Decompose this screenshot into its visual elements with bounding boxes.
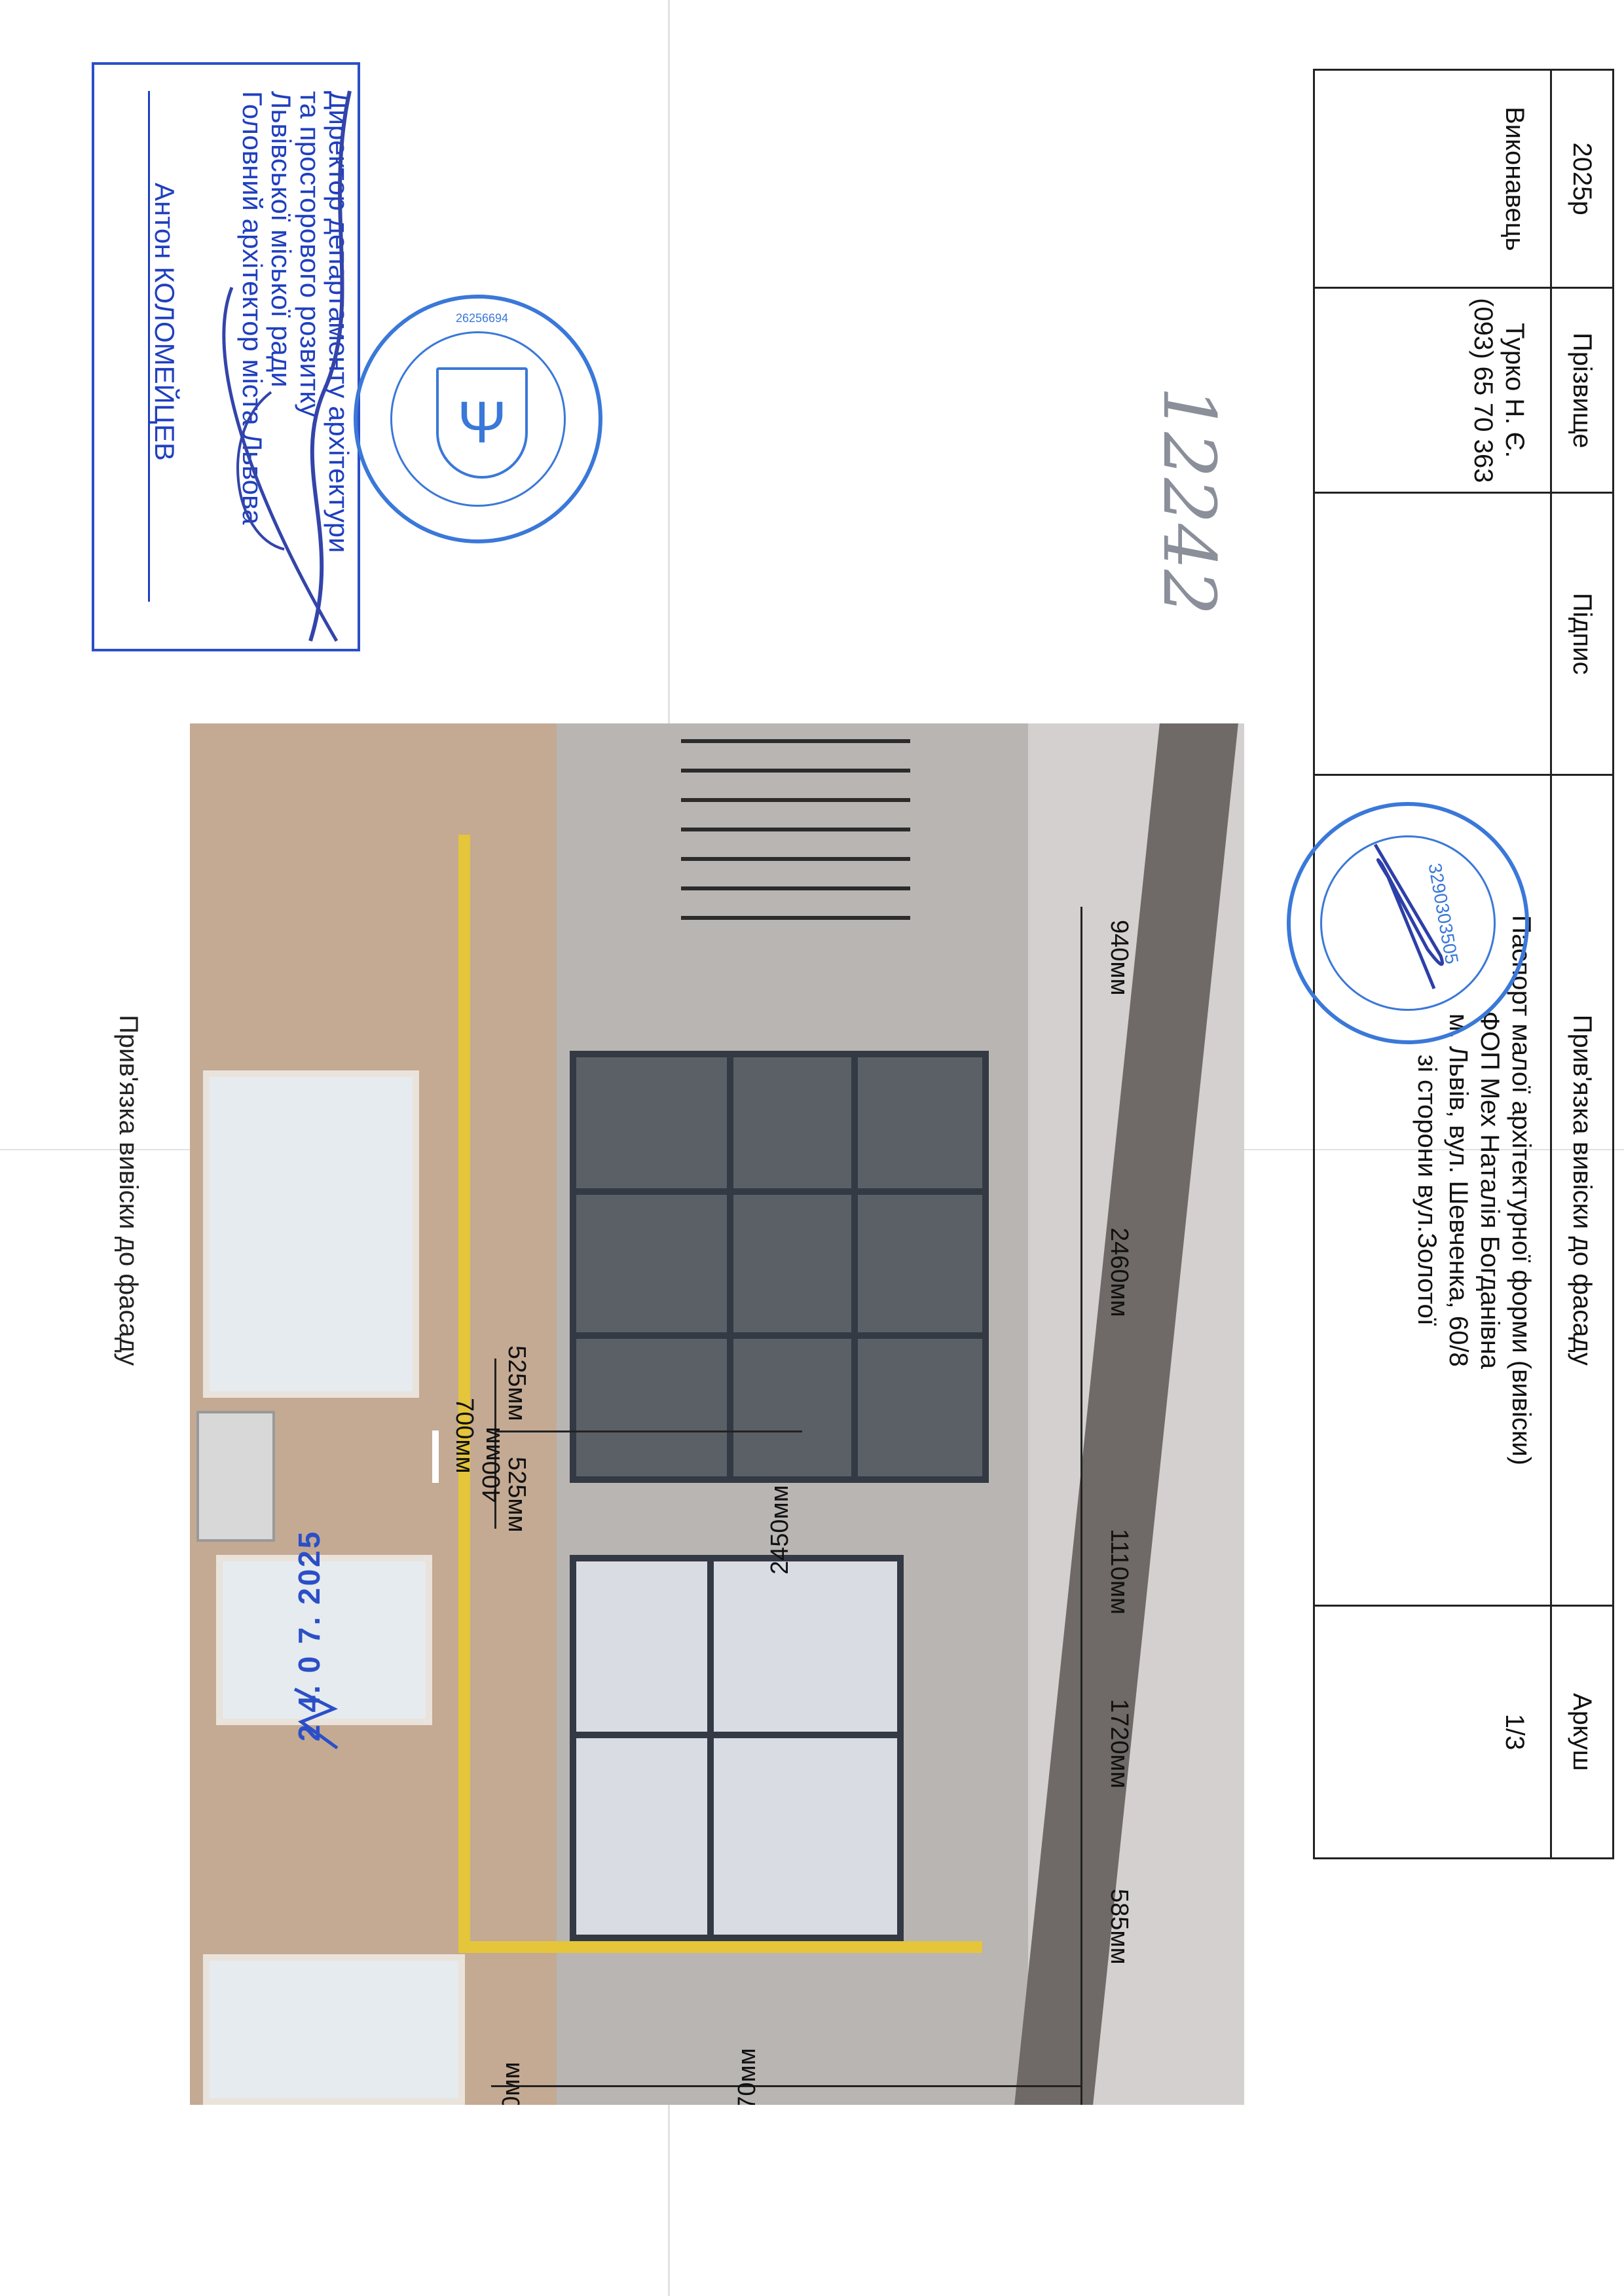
dim-525-bottom: 525мм	[502, 1457, 530, 1533]
signatory-name: Антон КОЛОМЕЙЦЕВ	[148, 91, 179, 602]
dim-700: 700мм	[450, 1398, 478, 1474]
shop-window	[570, 1555, 904, 1941]
dim-3170: 3170мм	[733, 2048, 762, 2105]
dim-400: 400мм	[478, 1427, 506, 1503]
year-cell: 2025р	[1551, 70, 1614, 288]
sheet-title-header: Прив'язка вивіски до фасаду	[1551, 774, 1614, 1605]
surname-cell: Турко Н. Є. (093) 65 70 363	[1314, 288, 1551, 493]
dim-525-top: 525мм	[502, 1345, 530, 1421]
department-stamp: Ψ 26256694	[354, 295, 602, 543]
surname-value: Турко Н. Є.	[1499, 289, 1530, 491]
trident-icon: Ψ	[436, 367, 528, 479]
ac-unit	[196, 1411, 275, 1542]
gas-pipe	[458, 1941, 982, 1953]
date-signature-icon	[288, 1676, 347, 1755]
window	[203, 1070, 419, 1398]
dept-stamp-code: 26256694	[364, 312, 600, 325]
phone-value: (093) 65 70 363	[1467, 289, 1499, 491]
entrance-door	[570, 1051, 989, 1483]
dim-940: 940мм	[1105, 920, 1133, 996]
signature-cell	[1314, 493, 1551, 774]
dim-1110: 1110мм	[1105, 1529, 1133, 1614]
gas-pipe	[458, 835, 470, 1948]
sheet-cell: 1/3	[1314, 1606, 1551, 1859]
dim-1720: 1720мм	[1105, 1699, 1133, 1789]
window	[203, 1954, 465, 2105]
role-cell: Виконавець	[1314, 70, 1551, 288]
executor-signature-icon	[1362, 838, 1454, 995]
dim-585: 585мм	[1105, 1889, 1133, 1965]
registry-number: 12242	[1147, 386, 1231, 615]
sign-marker	[432, 1430, 439, 1483]
sheet-header: Аркуш	[1551, 1606, 1614, 1859]
director-signature-icon	[193, 78, 369, 647]
page-title: Прив'язка вивіски до фасаду	[113, 1015, 143, 1366]
surname-header: Прізвище	[1551, 288, 1614, 493]
signature-header: Підпис	[1551, 493, 1614, 774]
dim-2450: 2450мм	[766, 1485, 794, 1575]
dim-330: 330мм	[498, 2062, 526, 2105]
dim-2460: 2460мм	[1105, 1228, 1133, 1317]
facade-photo: 940мм 2460мм 1110мм 1720мм 585мм 525мм 5…	[190, 723, 1244, 2105]
approval-box: Директор департаменту архітектури та про…	[92, 62, 360, 651]
